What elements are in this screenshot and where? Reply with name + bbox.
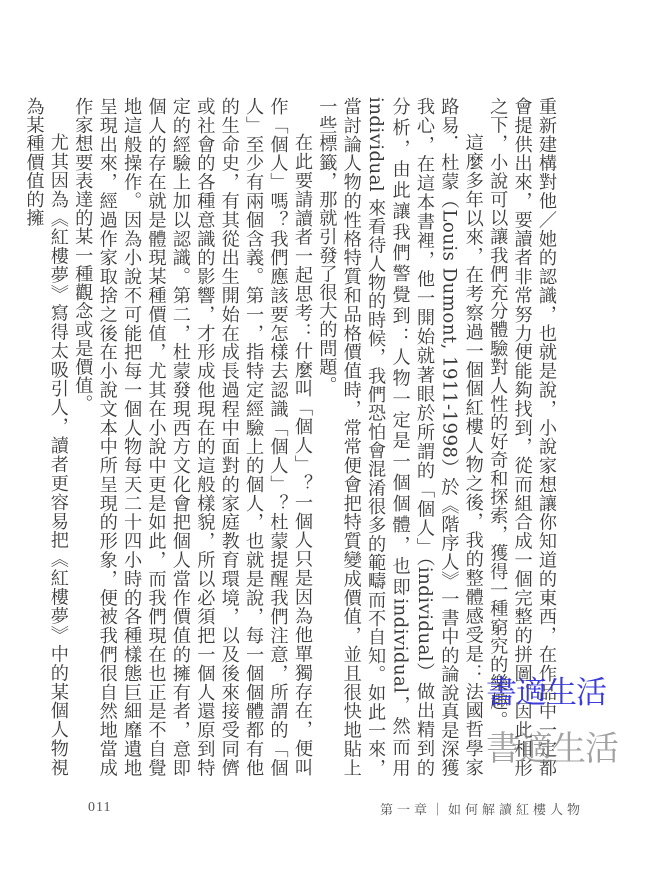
paragraph-4: 尤其因為《紅樓夢》寫得太吸引人，讀者更容易把《紅樓夢》中的某個人物視為某種價值的…	[21, 97, 70, 777]
book-page: 重新建構對他／她的認識，也就是說，小說家想讓你知道的東西，在作品中一定都會提供出…	[0, 0, 666, 894]
body-text: 重新建構對他／她的認識，也就是說，小說家想讓你知道的東西，在作品中一定都會提供出…	[21, 97, 558, 777]
chapter-running-title: 第一章｜如何解讀紅樓人物	[380, 799, 584, 818]
page-number: 011	[88, 800, 111, 816]
paragraph-2: 這麼多年以來，在考察過一個個紅樓人物之後，我的整體感受是：法國哲學家路易．杜蒙（…	[314, 97, 485, 777]
watermark-gray: 書適生活	[486, 721, 618, 770]
watermark-blue: 書適生活	[486, 667, 606, 712]
paragraph-3: 在此要請讀者一起思考：什麼叫「個人」？一個人只是因為他單獨存在，便叫作「個人」嗎…	[70, 97, 314, 777]
